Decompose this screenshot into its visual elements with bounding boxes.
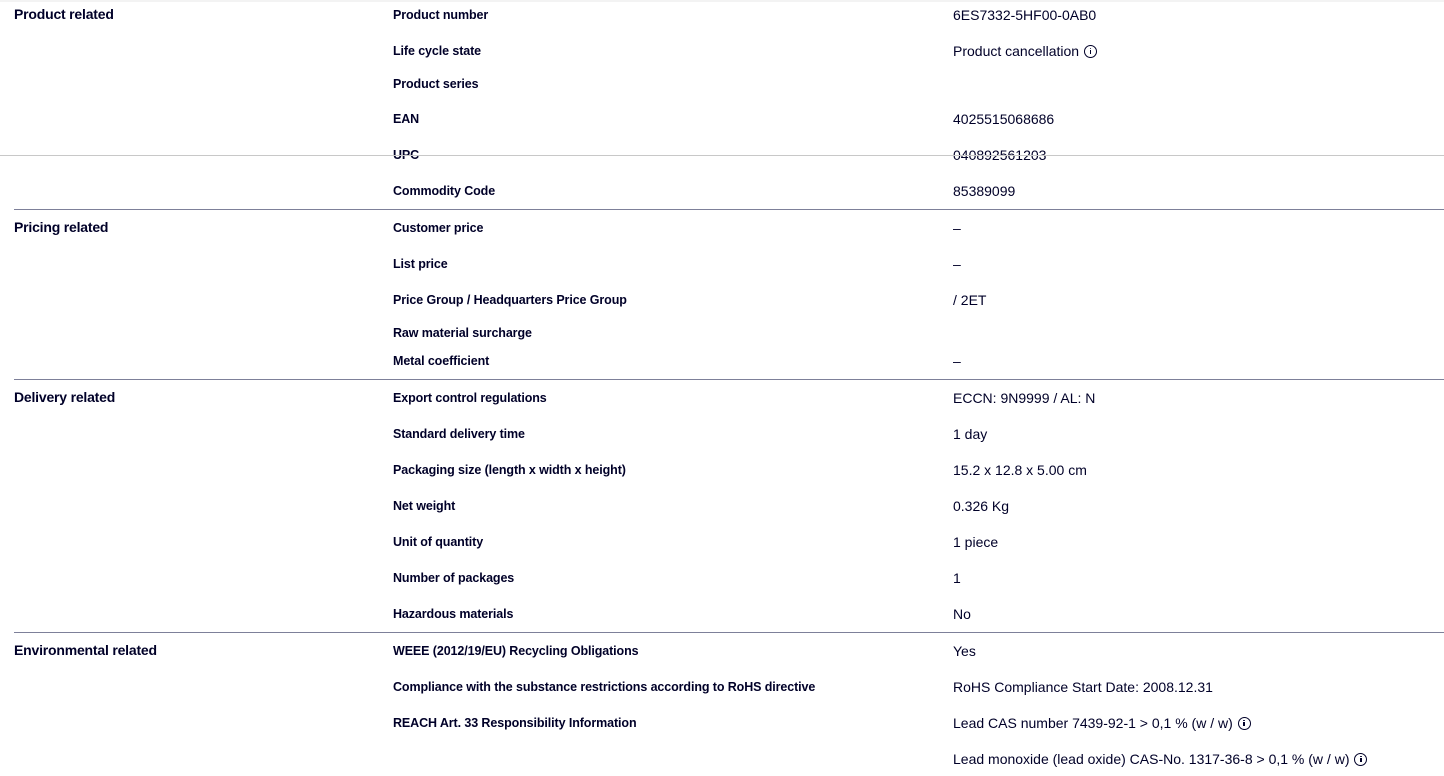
- row-value-text: 1 day: [953, 424, 987, 444]
- row-label: Product number: [393, 5, 488, 25]
- section-divider: [14, 379, 1444, 380]
- row-value: 0.326 Kg: [953, 496, 1009, 516]
- row-label: Compliance with the substance restrictio…: [393, 677, 815, 697]
- row-value-text: Product cancellation: [953, 41, 1079, 61]
- table-row: EAN4025515068686: [0, 109, 1444, 129]
- row-value: Product cancellation: [953, 41, 1097, 61]
- row-label: Export control regulations: [393, 388, 547, 408]
- row-value-text: 1: [953, 568, 961, 588]
- info-icon[interactable]: [1354, 753, 1367, 766]
- table-row: Hazardous materialsNo: [0, 604, 1444, 624]
- table-row: Standard delivery time1 day: [0, 424, 1444, 444]
- row-label: Number of packages: [393, 568, 514, 588]
- row-label: Metal coefficient: [393, 351, 489, 371]
- row-label: Life cycle state: [393, 41, 481, 61]
- row-value-text: –: [953, 351, 961, 371]
- table-row: Metal coefficient–: [0, 351, 1444, 371]
- row-label: Price Group / Headquarters Price Group: [393, 290, 627, 310]
- row-value: Yes: [953, 641, 976, 661]
- row-value-text: No: [953, 604, 971, 624]
- row-value: Lead CAS number 7439-92-1 > 0,1 % (w / w…: [953, 713, 1251, 733]
- row-label: Standard delivery time: [393, 424, 525, 444]
- table-row: Number of packages1: [0, 568, 1444, 588]
- row-value-text: Lead CAS number 7439-92-1 > 0,1 % (w / w…: [953, 713, 1233, 733]
- row-label: REACH Art. 33 Responsibility Information: [393, 713, 636, 733]
- row-label: Product series: [393, 74, 478, 94]
- table-row: Export control regulationsECCN: 9N9999 /…: [0, 388, 1444, 408]
- top-edge: [0, 0, 1444, 2]
- table-row: Net weight0.326 Kg: [0, 496, 1444, 516]
- row-value: No: [953, 604, 971, 624]
- row-value: 85389099: [953, 181, 1015, 201]
- row-value-text: Lead monoxide (lead oxide) CAS-No. 1317-…: [953, 749, 1349, 769]
- row-value-text: RoHS Compliance Start Date: 2008.12.31: [953, 677, 1213, 697]
- row-value-text: 4025515068686: [953, 109, 1054, 129]
- row-value: –: [953, 218, 961, 238]
- row-value-text: 15.2 x 12.8 x 5.00 cm: [953, 460, 1087, 480]
- row-label: Packaging size (length x width x height): [393, 460, 626, 480]
- table-row: List price–: [0, 254, 1444, 274]
- table-row: Raw material surcharge: [0, 323, 1444, 343]
- row-value: 1: [953, 568, 961, 588]
- row-label: Net weight: [393, 496, 455, 516]
- row-value-text: ECCN: 9N9999 / AL: N: [953, 388, 1095, 408]
- row-label: List price: [393, 254, 448, 274]
- row-value-text: 1 piece: [953, 532, 998, 552]
- table-row: Unit of quantity1 piece: [0, 532, 1444, 552]
- table-row: Lead monoxide (lead oxide) CAS-No. 1317-…: [0, 749, 1444, 769]
- table-row: Compliance with the substance restrictio…: [0, 677, 1444, 697]
- table-row: Product series: [0, 74, 1444, 94]
- row-label: EAN: [393, 109, 419, 129]
- row-value: 15.2 x 12.8 x 5.00 cm: [953, 460, 1087, 480]
- table-row: Life cycle stateProduct cancellation: [0, 41, 1444, 61]
- table-row: WEEE (2012/19/EU) Recycling ObligationsY…: [0, 641, 1444, 661]
- row-value-text: 0.326 Kg: [953, 496, 1009, 516]
- row-value-text: Yes: [953, 641, 976, 661]
- table-row: Customer price–: [0, 218, 1444, 238]
- sticky-header-edge: [0, 155, 1444, 156]
- table-row: Product number6ES7332-5HF00-0AB0: [0, 5, 1444, 25]
- row-value: RoHS Compliance Start Date: 2008.12.31: [953, 677, 1213, 697]
- row-label: Unit of quantity: [393, 532, 483, 552]
- row-value: 1 day: [953, 424, 987, 444]
- row-value: 1 piece: [953, 532, 998, 552]
- row-value-text: 85389099: [953, 181, 1015, 201]
- info-icon[interactable]: [1238, 717, 1251, 730]
- row-label: Hazardous materials: [393, 604, 513, 624]
- section-divider: [14, 209, 1444, 210]
- row-value: Lead monoxide (lead oxide) CAS-No. 1317-…: [953, 749, 1367, 769]
- row-value-text: / 2ET: [953, 290, 986, 310]
- row-value: / 2ET: [953, 290, 986, 310]
- table-row: Price Group / Headquarters Price Group/ …: [0, 290, 1444, 310]
- row-value-text: –: [953, 218, 961, 238]
- row-label: Raw material surcharge: [393, 323, 532, 343]
- row-value: ECCN: 9N9999 / AL: N: [953, 388, 1095, 408]
- info-icon[interactable]: [1084, 45, 1097, 58]
- table-row: Packaging size (length x width x height)…: [0, 460, 1444, 480]
- row-value-text: 6ES7332-5HF00-0AB0: [953, 5, 1096, 25]
- row-value-text: –: [953, 254, 961, 274]
- table-row: Commodity Code85389099: [0, 181, 1444, 201]
- row-label: Customer price: [393, 218, 483, 238]
- row-value: 4025515068686: [953, 109, 1054, 129]
- row-value: 6ES7332-5HF00-0AB0: [953, 5, 1096, 25]
- row-value: –: [953, 351, 961, 371]
- row-label: Commodity Code: [393, 181, 495, 201]
- table-row: REACH Art. 33 Responsibility Information…: [0, 713, 1444, 733]
- row-label: WEEE (2012/19/EU) Recycling Obligations: [393, 641, 638, 661]
- section-divider: [14, 632, 1444, 633]
- row-value: –: [953, 254, 961, 274]
